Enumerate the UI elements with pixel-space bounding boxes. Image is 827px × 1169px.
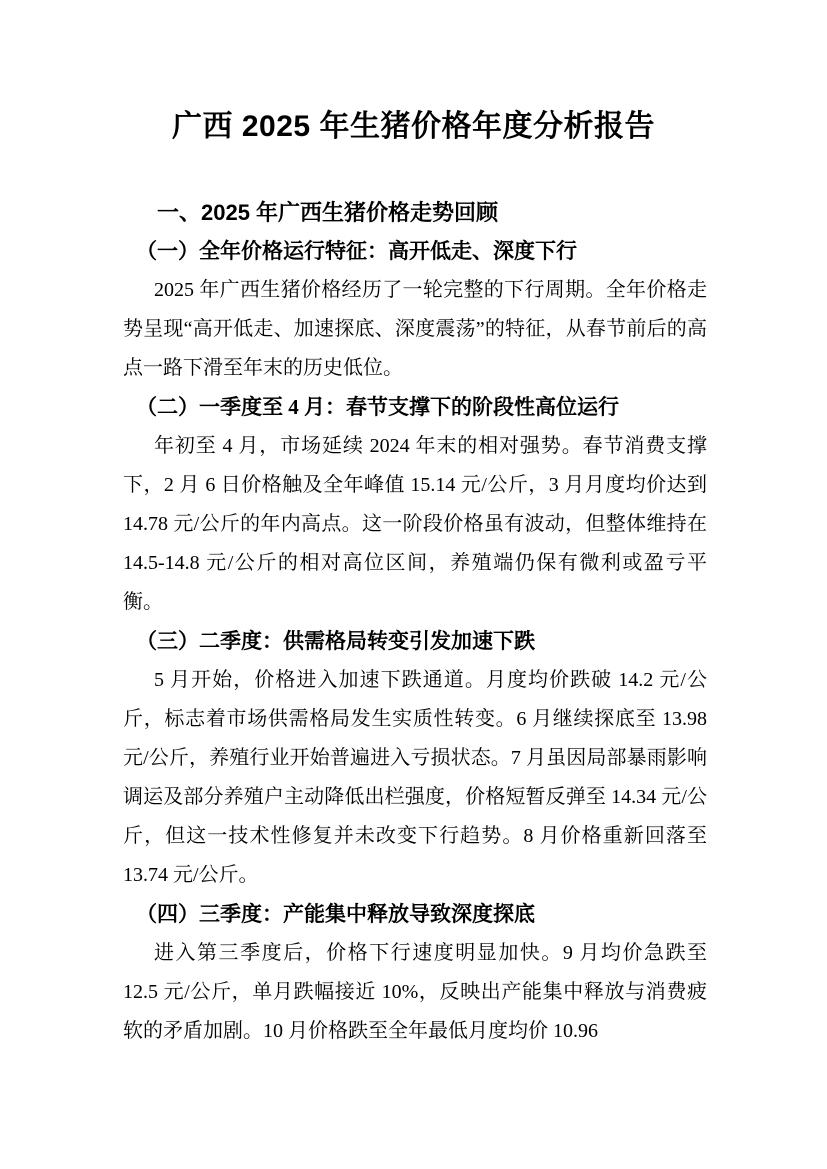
- section-2-paragraph: 年初至 4 月，市场延续 2024 年末的相对强势。春节消费支撑下，2 月 6 …: [123, 427, 707, 622]
- section-3-heading: （三）二季度：供需格局转变引发加速下跌: [123, 622, 707, 661]
- section-1-heading: （一）全年价格运行特征：高开低走、深度下行: [123, 232, 707, 271]
- document-content: 一、2025 年广西生猪价格走势回顾 （一）全年价格运行特征：高开低走、深度下行…: [123, 193, 707, 1051]
- section-4-paragraph: 进入第三季度后，价格下行速度明显加快。9 月均价急跌至 12.5 元/公斤，单月…: [123, 934, 707, 1051]
- section-2-heading: （二）一季度至 4 月：春节支撑下的阶段性高位运行: [123, 388, 707, 427]
- section-4-heading: （四）三季度：产能集中释放导致深度探底: [123, 895, 707, 934]
- chapter-heading: 一、2025 年广西生猪价格走势回顾: [123, 193, 707, 232]
- section-1-paragraph: 2025 年广西生猪价格经历了一轮完整的下行周期。全年价格走势呈现“高开低走、加…: [123, 271, 707, 388]
- section-3-paragraph: 5 月开始，价格进入加速下跌通道。月度均价跌破 14.2 元/公斤，标志着市场供…: [123, 661, 707, 895]
- document-page: 广西 2025 年生猪价格年度分析报告 一、2025 年广西生猪价格走势回顾 （…: [0, 0, 827, 1169]
- document-title: 广西 2025 年生猪价格年度分析报告: [0, 0, 827, 149]
